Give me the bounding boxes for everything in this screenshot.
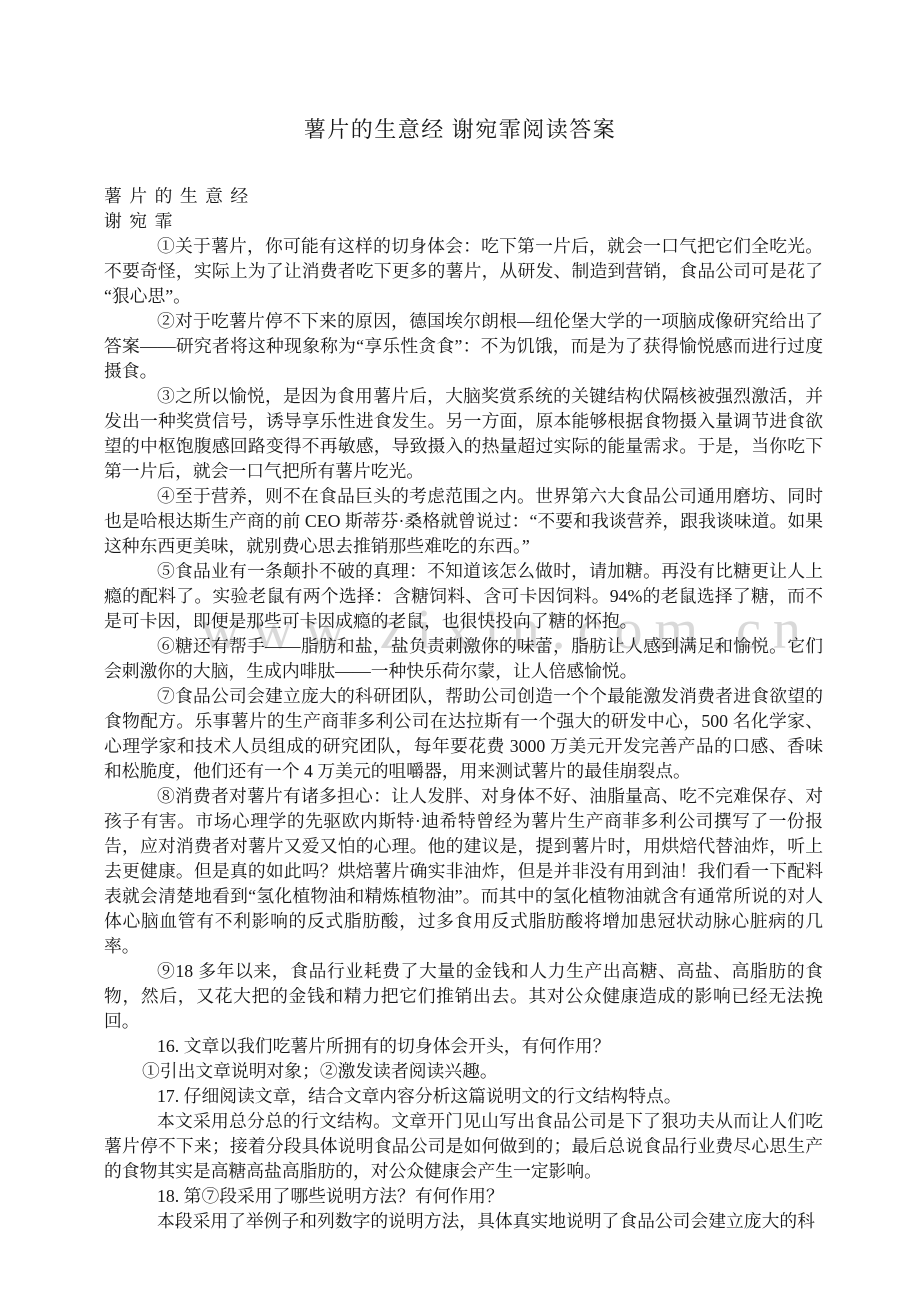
paragraph-1: ①关于薯片，你可能有这样的切身体会：吃下第一片后，就会一口气把它们全吃光。不要奇… — [104, 234, 823, 309]
question-18: 18. 第⑦段采用了哪些说明方法？有何作用？ — [104, 1184, 823, 1209]
paragraph-4: ④至于营养，则不在食品巨头的考虑范围之内。世界第六大食品公司通用磨坊、同时也是哈… — [104, 484, 823, 559]
paragraph-9: ⑨18 多年以来，食品行业耗费了大量的金钱和人力生产出高糖、高盐、高脂肪的食物，… — [104, 959, 823, 1034]
article-author: 谢宛霏 — [104, 209, 823, 234]
answer-17: 本文采用总分总的行文结构。文章开门见山写出食品公司是下了狠功夫从而让人们吃薯片停… — [104, 1109, 823, 1184]
paragraph-5: ⑤食品业有一条颠扑不破的真理：不知道该怎么做时，请加糖。再没有比糖更让人上瘾的配… — [104, 559, 823, 634]
paragraph-2: ②对于吃薯片停不下来的原因，德国埃尔朗根—纽伦堡大学的一项脑成像研究给出了答案—… — [104, 309, 823, 384]
document-page: www.zixin.com.cn 薯片的生意经 谢宛霏阅读答案 薯片的生意经 谢… — [0, 0, 920, 1302]
document-body: 薯片的生意经 谢宛霏 ①关于薯片，你可能有这样的切身体会：吃下第一片后，就会一口… — [104, 184, 823, 1234]
paragraph-7: ⑦食品公司会建立庞大的科研团队，帮助公司创造一个个最能激发消费者进食欲望的食物配… — [104, 684, 823, 784]
answer-16: ①引出文章说明对象；②激发读者阅读兴趣。 — [104, 1059, 823, 1084]
answer-18: 本段采用了举例子和列数字的说明方法，具体真实地说明了食品公司会建立庞大的科 — [104, 1209, 823, 1234]
paragraph-6: ⑥糖还有帮手——脂肪和盐，盐负责刺激你的味蕾，脂肪让人感到满足和愉悦。它们会刺激… — [104, 634, 823, 684]
paragraph-3: ③之所以愉悦，是因为食用薯片后，大脑奖赏系统的关键结构伏隔核被强烈激活，并发出一… — [104, 384, 823, 484]
page-title: 薯片的生意经 谢宛霏阅读答案 — [0, 115, 920, 145]
article-title: 薯片的生意经 — [104, 184, 823, 209]
paragraph-8: ⑧消费者对薯片有诸多担心：让人发胖、对身体不好、油脂量高、吃不完难保存、对孩子有… — [104, 784, 823, 959]
question-16: 16. 文章以我们吃薯片所拥有的切身体会开头，有何作用？ — [104, 1034, 823, 1059]
question-17: 17. 仔细阅读文章，结合文章内容分析这篇说明文的行文结构特点。 — [104, 1084, 823, 1109]
